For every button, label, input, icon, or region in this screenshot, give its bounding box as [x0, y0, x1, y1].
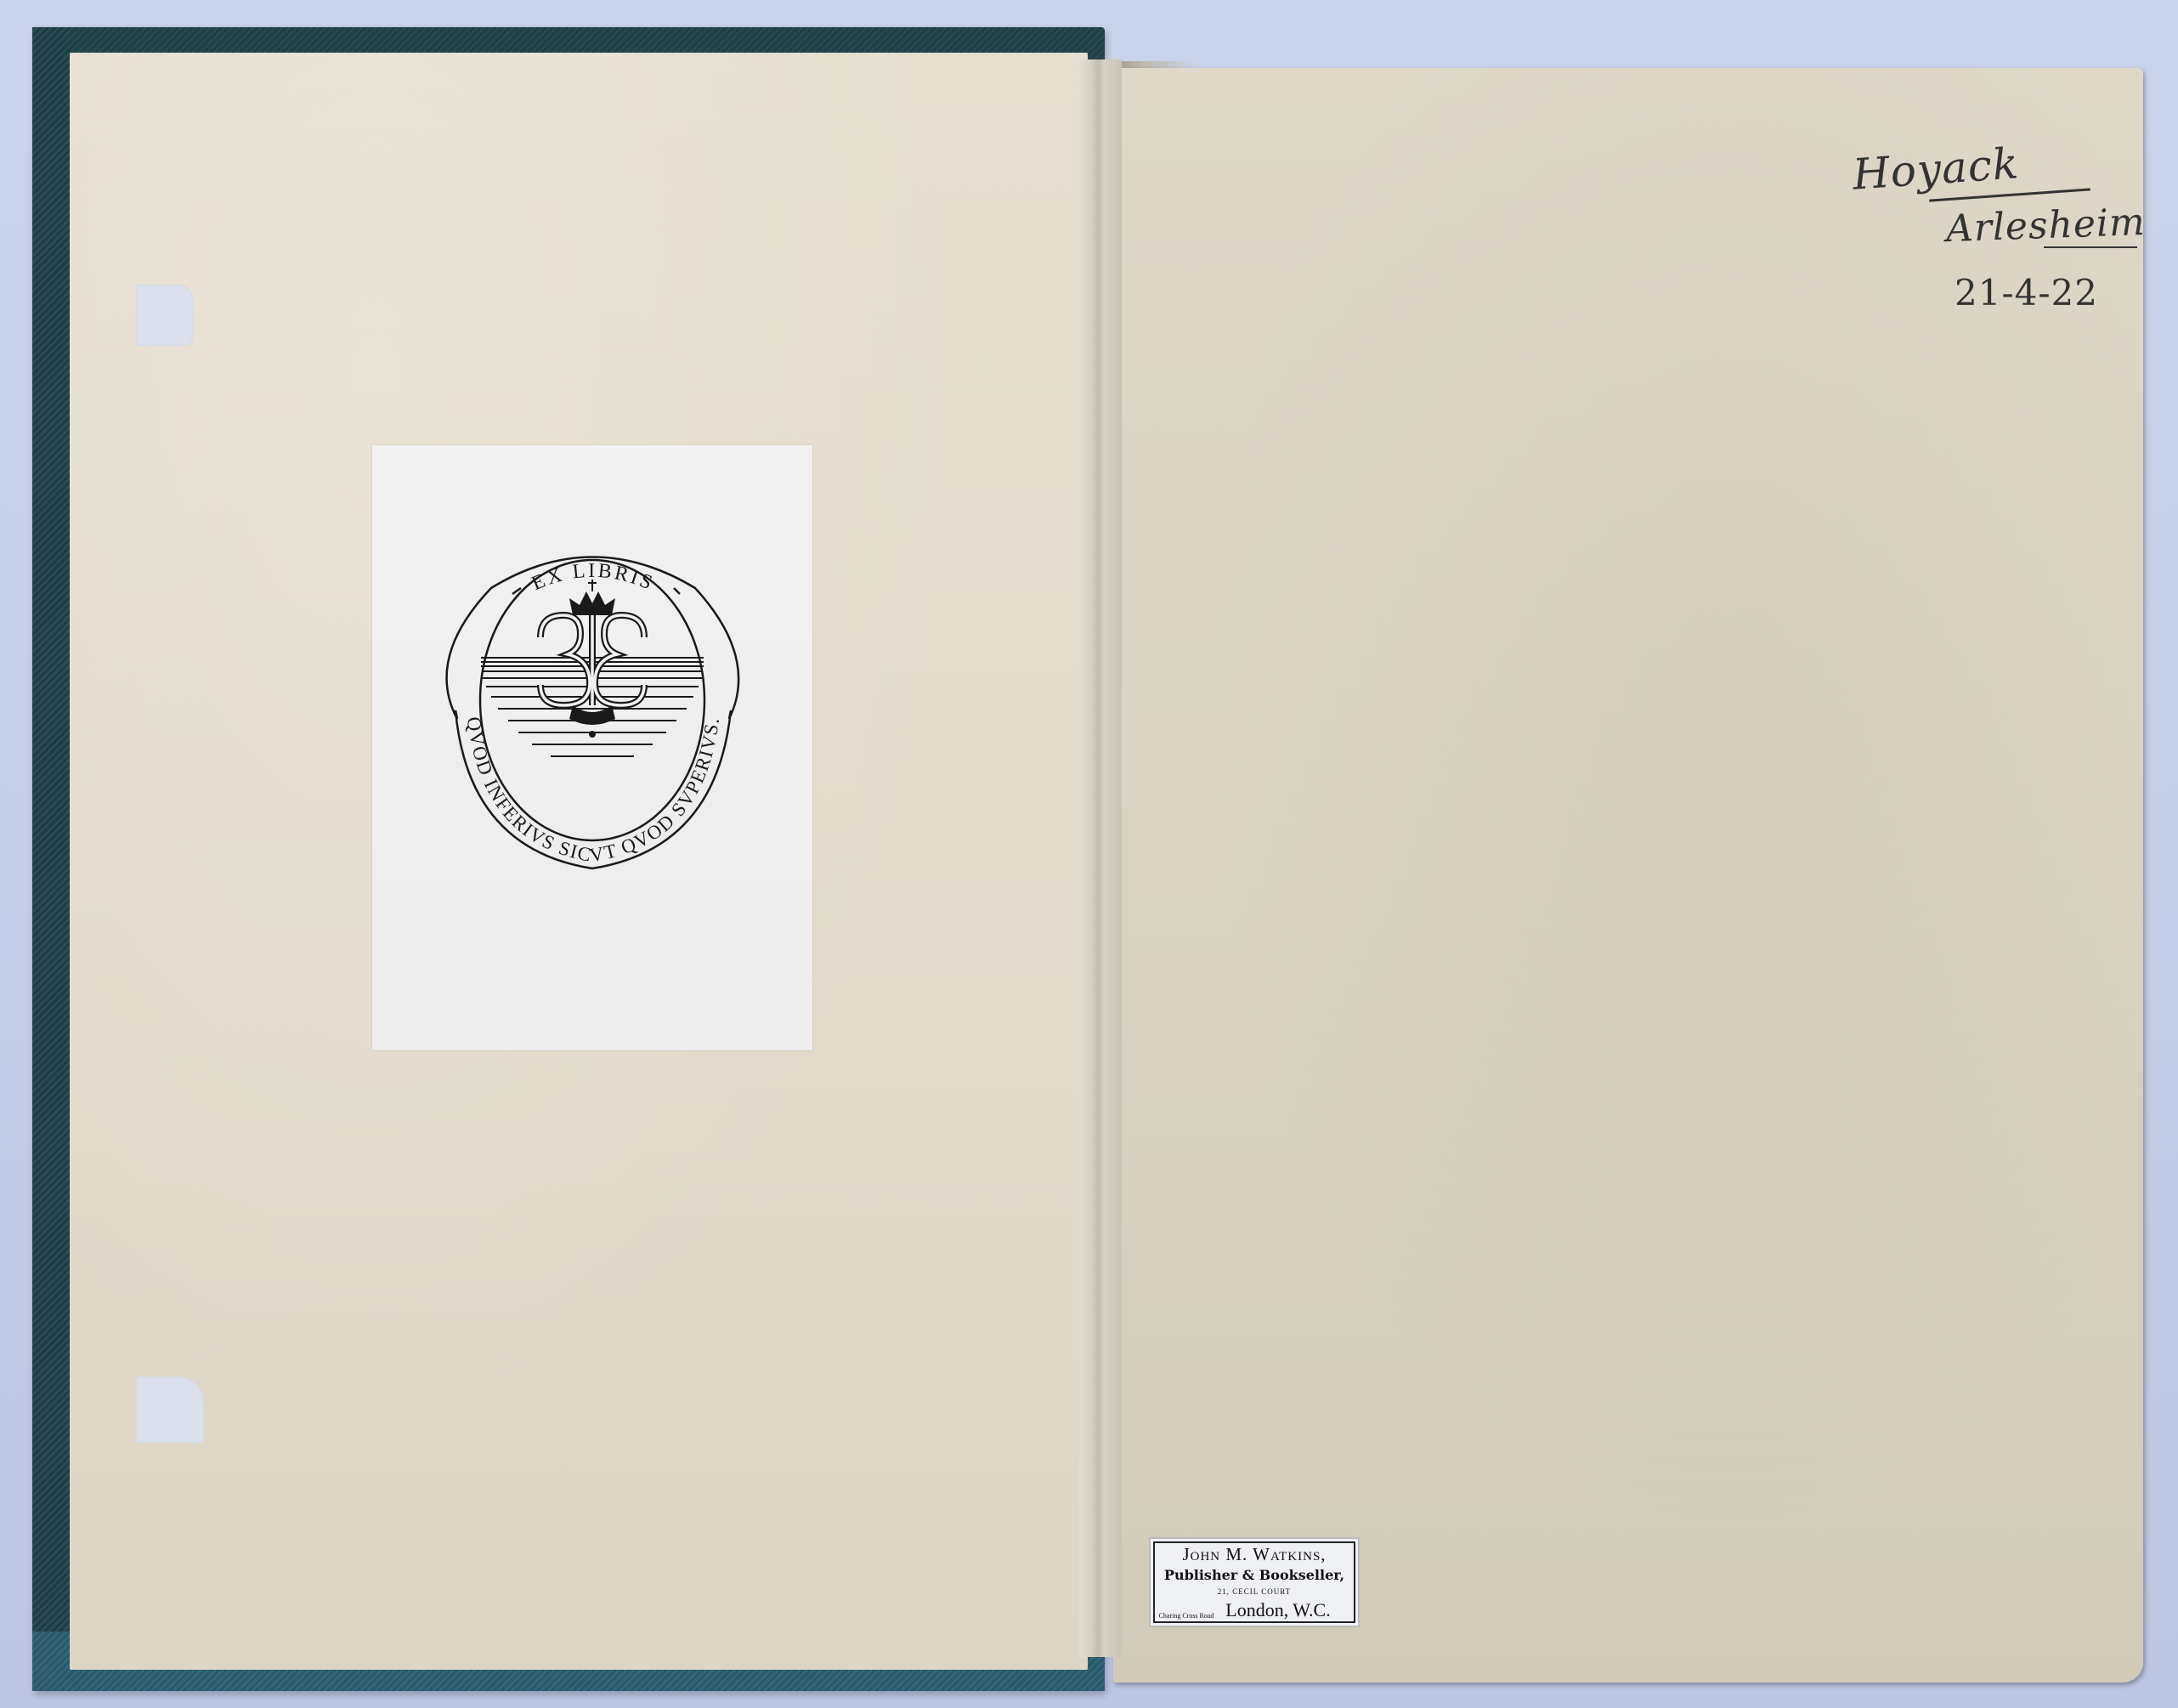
- crown-monogram-icon: EX LIBRIS QVOD INFERIVS SICVT QVOD SVPER…: [372, 445, 812, 1050]
- bookseller-ticket: John M. Watkins, Publisher & Bookseller,…: [1149, 1537, 1360, 1627]
- bookseller-trade: Publisher & Bookseller,: [1164, 1568, 1344, 1582]
- tape-remnant-top: [136, 285, 194, 346]
- cloth-turn-in-left: [32, 27, 70, 1691]
- svg-text:QVOD INFERIVS SICVT QVOD SVPER: QVOD INFERIVS SICVT QVOD SVPERIVS.: [463, 715, 724, 866]
- book-hinge: [1079, 59, 1122, 1657]
- bookseller-road: Charing Cross Road: [1158, 1612, 1214, 1620]
- inscription-date: 21-4-22: [1955, 272, 2098, 314]
- inscription-place: Arlesheim: [1945, 201, 2146, 251]
- bookseller-name: John M. Watkins,: [1182, 1545, 1326, 1564]
- inscription-underline-2: [2044, 246, 2137, 248]
- ex-libris-bookplate: EX LIBRIS QVOD INFERIVS SICVT QVOD SVPER…: [372, 445, 812, 1050]
- bookseller-city: London, W.C.: [1225, 1601, 1330, 1620]
- tape-remnant-bottom: [136, 1377, 204, 1443]
- bookseller-address: 21, CECIL COURT: [1218, 1587, 1291, 1597]
